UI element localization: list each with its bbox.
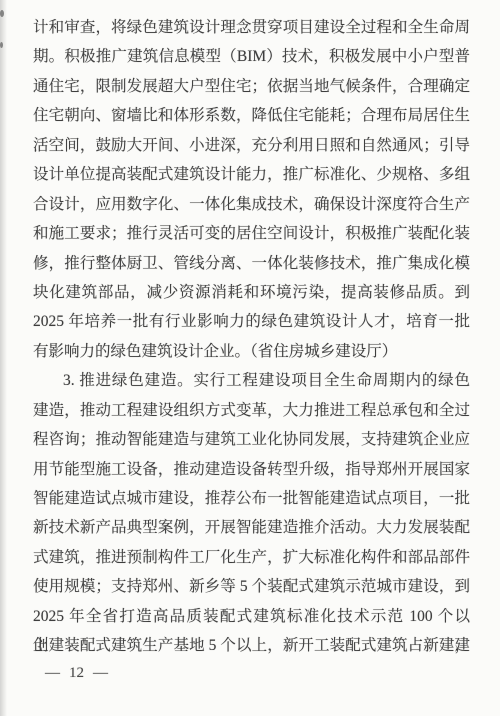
text-line: 期。积极推广建筑信息模型（BIM）技术，积极发展中小户型普: [33, 42, 470, 71]
text-line: 式建筑，推进预制构件工厂化生产，扩大标准化构件和部品部件: [33, 543, 470, 572]
text-line: 活空间，鼓励大开间、小进深，充分利用日照和自然通风；引导: [33, 131, 470, 160]
text-line: 用节能型施工设备，推动建造设备转型升级，指导郑州开展国家: [33, 455, 470, 484]
text-line: 创建装配式建筑生产基地 5 个以上，新开工装配式建筑占新建建: [33, 631, 470, 660]
page-number: 12: [69, 665, 84, 682]
text-line: 2025 年培养一批有行业影响力的绿色建筑设计人才，培育一批: [33, 307, 470, 336]
text-line: 通住宅，限制发展超大户型住宅；依据当地气候条件，合理确定: [33, 72, 470, 101]
text-line: 住宅朝向、窗墙比和体形系数，降低住宅能耗；合理布局居住生: [33, 101, 470, 130]
text-line-paragraph-start: 3. 推进绿色建造。实行工程建设项目全生命周期内的绿色: [33, 366, 470, 395]
scan-speck: [0, 10, 4, 17]
text-line: 计和审查，将绿色建筑设计理念贯穿项目建设全过程和全生命周: [33, 13, 470, 42]
text-line: 程咨询；推动智能建造与建筑工业化协同发展，支持建筑企业应: [33, 425, 470, 454]
text-line: 修，推行整体厨卫、管线分离、一体化装修技术，推广集成化模: [33, 249, 470, 278]
text-line: 建造，推动工程建设组织方式变革，大力推进工程总承包和全过: [33, 396, 470, 425]
text-line: 设计单位提高装配式建筑设计能力，推广标准化、少规格、多组: [33, 160, 470, 189]
document-page: 计和审查，将绿色建筑设计理念贯穿项目建设全过程和全生命周 期。积极推广建筑信息模…: [0, 0, 500, 716]
text-line: 和施工要求；推行灵活可变的居住空间设计，积极推广装配化装: [33, 219, 470, 248]
scan-edge-shadow: [0, 0, 7, 716]
text-line: 有影响力的绿色建筑设计企业。（省住房城乡建设厅）: [33, 337, 470, 366]
text-line: 新技术新产品典型案例，开展智能建造推介活动。大力发展装配: [33, 513, 470, 542]
text-line: 智能建造试点城市建设，推荐公布一批智能建造试点项目，一批: [33, 484, 470, 513]
scan-speck: [0, 42, 3, 48]
text-line: 使用规模；支持郑州、新乡等 5 个装配式建筑示范城市建设，到: [33, 572, 470, 601]
page-body-text: 计和审查，将绿色建筑设计理念贯穿项目建设全过程和全生命周 期。积极推广建筑信息模…: [33, 13, 470, 661]
footer-dash-left: —: [45, 665, 60, 682]
footer-dash-right: —: [93, 665, 108, 682]
text-line: 2025 年全省打造高品质装配式建筑标准化技术示范 100 个以上，: [33, 602, 470, 631]
page-footer: — 12 —: [45, 665, 108, 682]
text-line: 块化建筑部品，减少资源消耗和环境污染，提高装修品质。到: [33, 278, 470, 307]
text-line: 合设计，应用数字化、一体化集成技术，确保设计深度符合生产: [33, 190, 470, 219]
